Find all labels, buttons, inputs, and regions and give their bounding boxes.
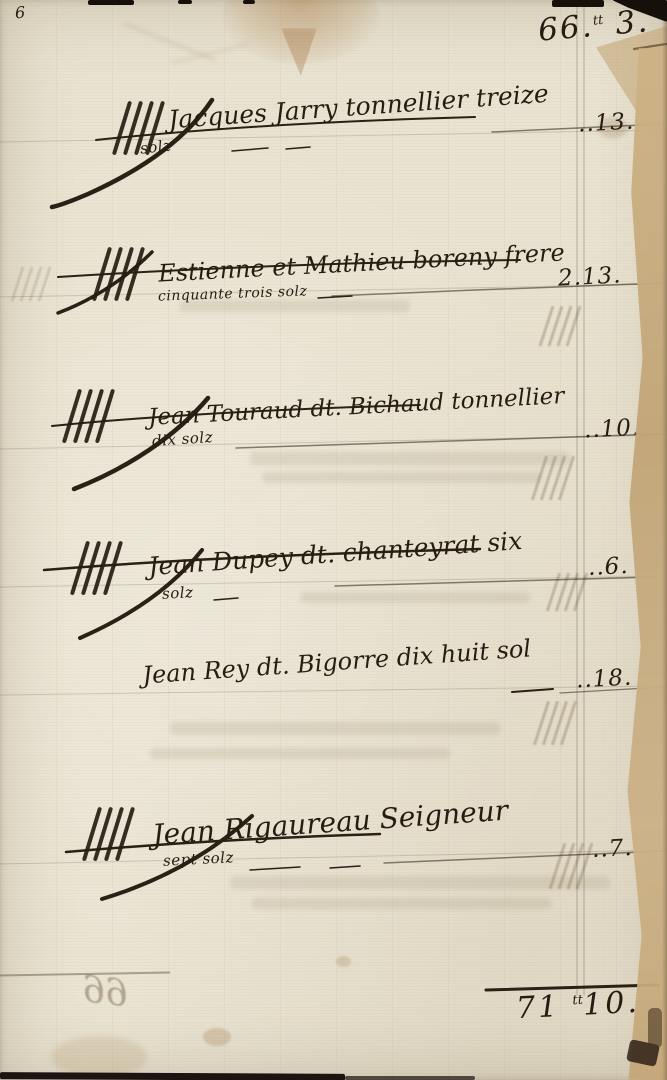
entry-amount: 2.13. [557, 262, 622, 291]
show-through-tally [552, 572, 586, 612]
entry-name-line: Jean Dupey dt. chanteyrat six [147, 526, 523, 581]
dash-entry-6b [330, 866, 360, 868]
dash-entry-2 [318, 296, 352, 298]
manuscript-page: 66 [0, 0, 667, 1080]
photo-background-bit [88, 0, 134, 5]
corner-damage [626, 1039, 660, 1067]
show-through-tally [538, 455, 572, 501]
entry-sous-line: dix solz [151, 428, 213, 450]
paper-spot [52, 1036, 147, 1078]
folio-number: 6 [14, 3, 25, 23]
header-dash [634, 44, 666, 49]
show-through-tally [16, 266, 46, 302]
entry-amount: ..6. [587, 553, 629, 581]
show-through-rule [0, 972, 170, 977]
carry-forward-amount: 66.tt 3. [537, 3, 651, 49]
photo-background-bit [178, 0, 192, 4]
paper-spot [336, 956, 351, 967]
dash-entry-1 [232, 148, 268, 151]
corner-damage [648, 1008, 662, 1048]
entry-name-line: Jean Rigaureau Seigneur [151, 794, 509, 852]
page-edge-wedge [596, 26, 667, 160]
show-through-text [262, 472, 542, 483]
entry-name-line: Jean Rey dt. Bigorre dix huit sol [141, 634, 531, 689]
show-through-mark [123, 21, 217, 62]
photo-background-bit [552, 0, 604, 7]
photo-background-bottom [0, 1072, 345, 1080]
entry-name-line: Jacques Jarry tonnellier treize [167, 79, 549, 135]
entry-sous-line: solz [162, 583, 194, 603]
show-through-text [252, 898, 552, 909]
show-through-text [170, 722, 500, 735]
paper-spot [203, 1028, 231, 1046]
show-through-text [300, 592, 530, 603]
carry-rest: 3. [614, 3, 651, 42]
entry-name-line: Estienne et Mathieu boreny frere [158, 238, 566, 287]
entry-amount: ..10. [583, 415, 640, 444]
entry-rule-1 [0, 130, 667, 142]
tally-marks [96, 246, 144, 302]
show-through-text [150, 748, 450, 759]
show-through-mark [171, 42, 249, 64]
carry-main: 66. [537, 8, 595, 49]
paper-stain-top [222, 0, 380, 64]
paper-stain-top-tail [281, 28, 317, 76]
dash-entry-5 [512, 689, 553, 692]
show-through-tally [556, 842, 590, 890]
entry-amount: ..18. [575, 665, 632, 694]
photo-background-bottom [345, 1076, 475, 1080]
entry-amount: ..13. [577, 109, 634, 138]
photo-background-bit [243, 0, 255, 4]
dash-entry-4 [214, 598, 238, 600]
entry-sous-line: cinquante trois solz [158, 283, 308, 304]
page-edge-shadow [662, 0, 667, 1080]
carry-unit: tt [592, 13, 604, 29]
show-through-verso-number: 66 [80, 969, 130, 1015]
show-through-text [250, 452, 570, 465]
dash-entry-6 [250, 867, 300, 870]
show-through-tally [540, 700, 574, 746]
tally-marks [66, 388, 114, 444]
total-rest: 10. [582, 985, 640, 1023]
show-through-text [230, 876, 610, 889]
tally-marks [74, 540, 122, 596]
show-through-tally [545, 305, 579, 347]
entry-rule-5 [0, 686, 667, 695]
entry-sous-line: solz [139, 136, 172, 157]
entry-name-line: Jean Touraud dt. Bichaud tonnellier [148, 383, 565, 431]
tally-marks [86, 806, 134, 862]
page-total-amount: 71 tt10. [515, 985, 641, 1026]
total-main: 71 [515, 989, 561, 1026]
entry-amount: ..7. [591, 835, 633, 863]
dash-entry-1b [286, 147, 310, 149]
entry-sous-line: sept solz [163, 848, 235, 870]
